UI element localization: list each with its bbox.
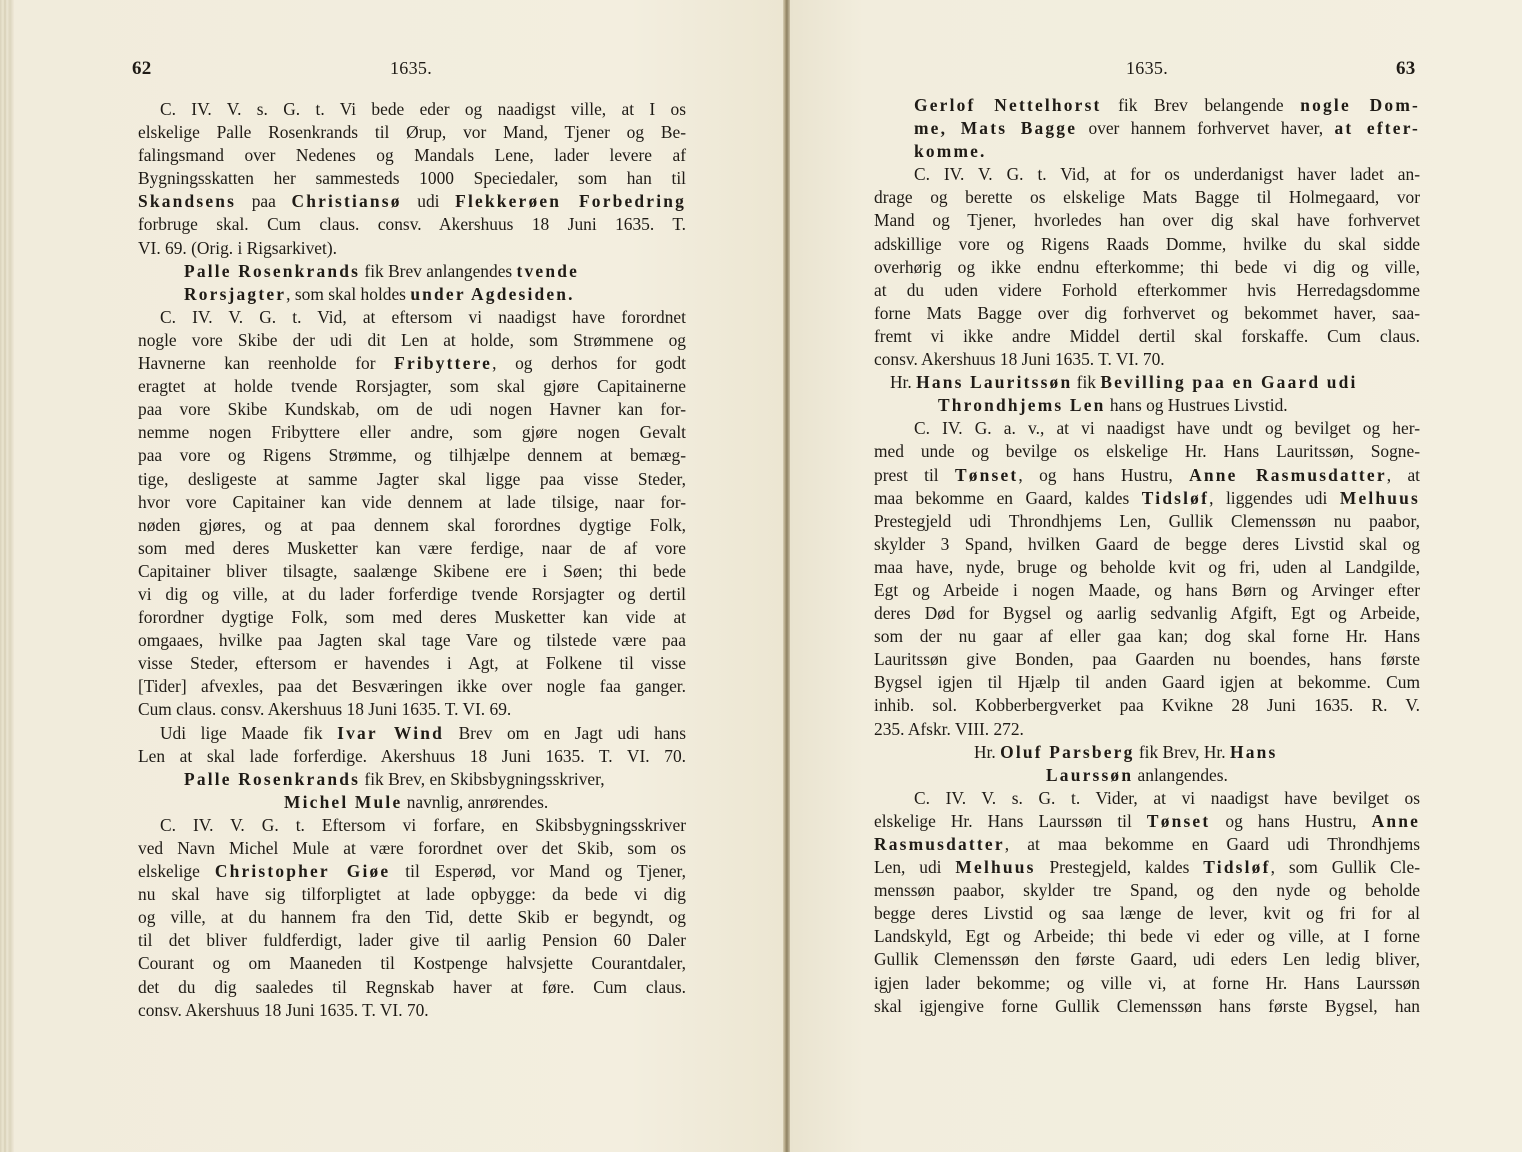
text-line: Laurssøn anlangendes. <box>874 764 1420 787</box>
text-line: C. IV. V. G. t. Vid, at for os underdani… <box>874 163 1420 186</box>
paragraph-p1: C. IV. V. s. G. t. Vi bede eder og naadi… <box>138 98 686 260</box>
text-line: at du uden videre Forhold efterkommer hv… <box>874 279 1420 302</box>
text-line: forne Mats Bagge over dig forhvervet og … <box>874 302 1420 325</box>
text-line: C. IV. G. a. v., at vi naadigst have und… <box>874 417 1420 440</box>
text-line: nogle vore Skibe der udi dit Len at hold… <box>138 329 686 352</box>
heading-h1: Palle Rosenkrands fik Brev anlangendes t… <box>138 260 686 306</box>
text-line: komme. <box>914 140 1420 163</box>
book-gutter <box>783 0 790 1152</box>
spaced-name: Palle Rosenkrands <box>184 769 360 789</box>
paragraph-p4: C. IV. V. G. t. Eftersom vi forfare, en … <box>138 814 686 1022</box>
spaced-name: Anne Rasmusdatter <box>1189 465 1387 485</box>
text-run: fik Brev, Hr. <box>1134 742 1229 762</box>
text-run: Hr. <box>974 742 1000 762</box>
text-run: , som Gullik Cle- <box>1271 857 1420 877</box>
text-line: fremt vi ikke andre Middel dertil skal f… <box>874 325 1420 348</box>
text-line: Mand og Tjener, hvorledes han over dig s… <box>874 209 1420 232</box>
spaced-name: tvende <box>517 261 579 281</box>
text-line: som med deres Musketter kan være ferdige… <box>138 537 686 560</box>
paragraph-p3: C. IV. V. s. G. t. Vider, at vi naadigst… <box>874 787 1420 1018</box>
text-run: Len, udi <box>874 857 955 877</box>
text-run: Brev om en Jagt udi hans <box>444 723 686 743</box>
text-line: nemme nogen Fribyttere eller andre, som … <box>138 421 686 444</box>
spaced-name: Michel Mule <box>284 792 402 812</box>
text-run: Prestegjeld, kaldes <box>1036 857 1204 877</box>
text-run: Havnerne kan reenholde for <box>138 353 394 373</box>
spaced-name: Hans <box>1230 742 1277 762</box>
text-line: begge deres Livstid og saa længe de leve… <box>874 902 1420 925</box>
text-line: Havnerne kan reenholde for Fribyttere, o… <box>138 352 686 375</box>
text-line: nu skal have sig tilforpligtet at lade o… <box>138 883 686 906</box>
spaced-name: Throndhjems Len <box>938 395 1106 415</box>
text-run: elskelige <box>138 861 215 881</box>
spaced-name: Rorsjagter <box>184 284 286 304</box>
text-line: skal igjengive forne Gullik Clemenssøn h… <box>874 995 1420 1018</box>
spaced-name: Anne <box>1372 811 1420 831</box>
text-run: over hannem forhvervet haver, <box>1077 118 1334 138</box>
left-text-block: C. IV. V. s. G. t. Vi bede eder og naadi… <box>138 98 686 1022</box>
text-line: maa bekomme en Gaard, kaldes Tidsløf, li… <box>874 487 1420 510</box>
text-line: C. IV. V. G. t. Vid, at eftersom vi naad… <box>138 306 686 329</box>
text-line: Palle Rosenkrands fik Brev, en Skibsbygn… <box>184 768 686 791</box>
text-line: deres Død for Bygsel og aarlig sedvanlig… <box>874 602 1420 625</box>
text-line: Bygningsskatten her sammesteds 1000 Spec… <box>138 167 686 190</box>
text-run: fik Brev, en Skibsbygningsskriver, <box>360 769 605 789</box>
left-page: 62 1635. C. IV. V. s. G. t. Vi bede eder… <box>14 0 784 1152</box>
text-line: eragtet at holde tvende Rorsjagter, som … <box>138 375 686 398</box>
spaced-name: Oluf Parsberg <box>1000 742 1134 762</box>
text-line: Rasmusdatter, at maa bekomme en Gaard ud… <box>874 833 1420 856</box>
text-line: Landskyld, Egt og Arbeide; thi bede vi e… <box>874 925 1420 948</box>
text-line: Courant og om Maaneden til Kostpenge hal… <box>138 952 686 975</box>
text-line: Len, udi Melhuus Prestegjeld, kaldes Tid… <box>874 856 1420 879</box>
spaced-name: Melhuus <box>955 857 1035 877</box>
text-line: til det bliver fuldferdigt, lader give t… <box>138 929 686 952</box>
text-run: navnlig, anrørendes. <box>402 792 548 812</box>
heading-h2: Palle Rosenkrands fik Brev, en Skibsbygn… <box>138 768 686 814</box>
spaced-name: Tønset <box>955 465 1018 485</box>
spaced-name: me, Mats Bagge <box>914 118 1077 138</box>
text-line: Cum claus. consv. Akershuus 18 Juni 1635… <box>138 698 686 721</box>
spaced-name: Ivar Wind <box>337 723 444 743</box>
text-line: Throndhjems Len hans og Hustrues Livstid… <box>874 394 1420 417</box>
text-line: forordner dygtige Folk, som med deres Mu… <box>138 606 686 629</box>
text-line: elskelige Palle Rosenkrands til Ørup, vo… <box>138 121 686 144</box>
text-line: overhørig og ikke endnu efterkomme; thi … <box>874 256 1420 279</box>
text-line: igjen lader bekomme; og ville vi, at for… <box>874 972 1420 995</box>
text-line: C. IV. V. s. G. t. Vi bede eder og naadi… <box>138 98 686 121</box>
text-line: vi dig og ville, at du lader forferdige … <box>138 583 686 606</box>
spaced-name: Laurssøn <box>1046 765 1133 785</box>
text-run: udi <box>402 191 455 211</box>
text-line: Capitainer bliver tilsagte, saalænge Ski… <box>138 560 686 583</box>
spaced-name: Hans Lauritssøn <box>916 372 1072 392</box>
text-line: inhib. sol. Kobberbergverket paa Kvikne … <box>874 694 1420 717</box>
text-run: Udi lige Maade fik <box>160 723 337 743</box>
text-line: elskelige Hr. Hans Laurssøn til Tønset o… <box>874 810 1420 833</box>
text-line: Egt og Arbeide i nogen Maade, og hans Bø… <box>874 579 1420 602</box>
text-line: skylder 3 Spand, hvilken Gaard de begge … <box>874 533 1420 556</box>
book-spread: 62 1635. C. IV. V. s. G. t. Vi bede eder… <box>0 0 1522 1152</box>
text-line: nøden gjøres, og at paa dennem skal foro… <box>138 514 686 537</box>
text-line: me, Mats Bagge over hannem forhvervet ha… <box>914 117 1420 140</box>
text-run: fik <box>1072 372 1100 392</box>
text-line: Lauritssøn give Bonden, paa Gaarden nu b… <box>874 648 1420 671</box>
text-run: , at <box>1387 465 1420 485</box>
spaced-name: Tidsløf <box>1203 857 1270 877</box>
text-run: anlangendes. <box>1133 765 1228 785</box>
paragraph-p1: C. IV. V. G. t. Vid, at for os underdani… <box>874 163 1420 371</box>
text-line: Gerlof Nettelhorst fik Brev belangende n… <box>914 94 1420 117</box>
text-run: Hr. <box>890 372 916 392</box>
text-run: hans og Hustrues Livstid. <box>1106 395 1288 415</box>
text-run: , at maa bekomme en Gaard udi Throndhjem… <box>1005 834 1420 854</box>
text-run: maa bekomme en Gaard, kaldes <box>874 488 1142 508</box>
text-line: Hr. Oluf Parsberg fik Brev, Hr. Hans <box>874 741 1420 764</box>
heading-h1: Gerlof Nettelhorst fik Brev belangende n… <box>874 94 1420 163</box>
spaced-name: Fribyttere <box>394 353 492 373</box>
text-line: tige, desligeste at samme Jagter skal li… <box>138 468 686 491</box>
spaced-name: Rasmusdatter <box>874 834 1005 854</box>
text-line: Prestegjeld udi Throndhjems Len, Gullik … <box>874 510 1420 533</box>
spaced-name: Palle Rosenkrands <box>184 261 360 281</box>
text-line: paa vore Skibe Kundskab, om de udi nogen… <box>138 398 686 421</box>
text-run: paa <box>236 191 291 211</box>
right-text-block: Gerlof Nettelhorst fik Brev belangende n… <box>874 94 1420 1018</box>
spaced-name: Tønset <box>1147 811 1210 831</box>
spaced-name: Gerlof Nettelhorst <box>914 95 1102 115</box>
spaced-name: under Agdesiden. <box>410 284 574 304</box>
text-line: Hr. Hans Lauritssøn fik Bevilling paa en… <box>874 371 1420 394</box>
spaced-name: Skandsens <box>138 191 236 211</box>
text-line: [Tider] afvexles, paa det Besværingen ik… <box>138 675 686 698</box>
spaced-name: Flekkerøen Forbedring <box>455 191 686 211</box>
text-line: C. IV. V. s. G. t. Vider, at vi naadigst… <box>874 787 1420 810</box>
page-edges <box>0 0 14 1152</box>
text-line: VI. 69. (Orig. i Rigsarkivet). <box>138 237 686 260</box>
paragraph-p3: Udi lige Maade fik Ivar Wind Brev om en … <box>138 722 686 768</box>
text-run: elskelige Hr. Hans Laurssøn til <box>874 811 1147 831</box>
text-line: Michel Mule navnlig, anrørendes. <box>184 791 686 814</box>
text-line: 235. Afskr. VIII. 272. <box>874 718 1420 741</box>
spaced-name: Christopher Giøe <box>215 861 390 881</box>
text-line: hvor vore Capitainer kan vide dennem at … <box>138 491 686 514</box>
text-run: og hans Hustru, <box>1210 811 1371 831</box>
text-line: paa vore og Rigens Strømme, og tilhjælpe… <box>138 444 686 467</box>
spaced-name: komme. <box>914 141 987 161</box>
text-line: Rorsjagter, som skal holdes under Agdesi… <box>184 283 686 306</box>
text-line: som der nu gaar af eller gaa kan; dog sk… <box>874 625 1420 648</box>
text-line: Udi lige Maade fik Ivar Wind Brev om en … <box>138 722 686 745</box>
text-line: C. IV. V. G. t. Eftersom vi forfare, en … <box>138 814 686 837</box>
text-line: menssøn paabor, skylder tre Spand, og de… <box>874 879 1420 902</box>
right-page: 1635. 63 Gerlof Nettelhorst fik Brev bel… <box>790 0 1522 1152</box>
spaced-name: at efter- <box>1334 118 1420 138</box>
text-line: Palle Rosenkrands fik Brev anlangendes t… <box>184 260 686 283</box>
text-line: det du dig saaledes til Regnskab haver a… <box>138 976 686 999</box>
text-line: adskillige vore og Rigens Raads Domme, h… <box>874 233 1420 256</box>
text-run: fik Brev anlangendes <box>360 261 516 281</box>
text-line: consv. Akershuus 18 Juni 1635. T. VI. 70… <box>874 348 1420 371</box>
text-run: , liggendes udi <box>1209 488 1340 508</box>
paragraph-p2: C. IV. V. G. t. Vid, at eftersom vi naad… <box>138 306 686 722</box>
spaced-name: Tidsløf <box>1142 488 1209 508</box>
text-line: ved Navn Michel Mule at være forordnet o… <box>138 837 686 860</box>
page-number-left: 62 <box>132 58 152 80</box>
text-line: forbruge skal. Cum claus. consv. Akershu… <box>138 213 686 236</box>
heading-h2: Hr. Hans Lauritssøn fik Bevilling paa en… <box>874 371 1420 417</box>
spaced-name: Melhuus <box>1340 488 1420 508</box>
text-line: og ville, at du hannem fra den Tid, dett… <box>138 906 686 929</box>
paragraph-p2: C. IV. G. a. v., at vi naadigst have und… <box>874 417 1420 740</box>
spaced-name: nogle Dom- <box>1300 95 1420 115</box>
text-line: falingsmand over Nedenes og Mandals Lene… <box>138 144 686 167</box>
text-line: visse Steder, eftersom er havendes i Agt… <box>138 652 686 675</box>
text-run: prest til <box>874 465 955 485</box>
text-line: omgaaes, hvilke paa Jagten skal tage Var… <box>138 629 686 652</box>
text-line: Bygsel igjen til Hjælp til anden Gaard i… <box>874 671 1420 694</box>
text-run: , som skal holdes <box>286 284 410 304</box>
spaced-name: Christiansø <box>291 191 401 211</box>
text-line: Len at skal lade forferdige. Akershuus 1… <box>138 745 686 768</box>
text-run: til Esperød, vor Mand og Tjener, <box>390 861 686 881</box>
text-line: med unde og bevilge os elskelige Hr. Han… <box>874 440 1420 463</box>
text-run: , og derhos for godt <box>492 353 686 373</box>
text-run: fik Brev belangende <box>1102 95 1301 115</box>
running-head-right: 1635. <box>1126 58 1168 79</box>
heading-h3: Hr. Oluf Parsberg fik Brev, Hr. Hans Lau… <box>874 741 1420 787</box>
running-head-left: 1635. <box>390 58 432 79</box>
text-line: prest til Tønset, og hans Hustru, Anne R… <box>874 464 1420 487</box>
text-line: elskelige Christopher Giøe til Esperød, … <box>138 860 686 883</box>
text-line: maa have, nyde, bruge og beholde kvit og… <box>874 556 1420 579</box>
text-line: consv. Akershuus 18 Juni 1635. T. VI. 70… <box>138 999 686 1022</box>
text-run: , og hans Hustru, <box>1018 465 1189 485</box>
spaced-name: Bevilling paa en Gaard udi <box>1100 372 1357 392</box>
page-number-right: 63 <box>1396 58 1416 80</box>
text-line: drage og berette os elskelige Mats Bagge… <box>874 186 1420 209</box>
text-line: Skandsens paa Christiansø udi Flekkerøen… <box>138 190 686 213</box>
text-line: Gullik Clemenssøn den første Gaard, udi … <box>874 948 1420 971</box>
